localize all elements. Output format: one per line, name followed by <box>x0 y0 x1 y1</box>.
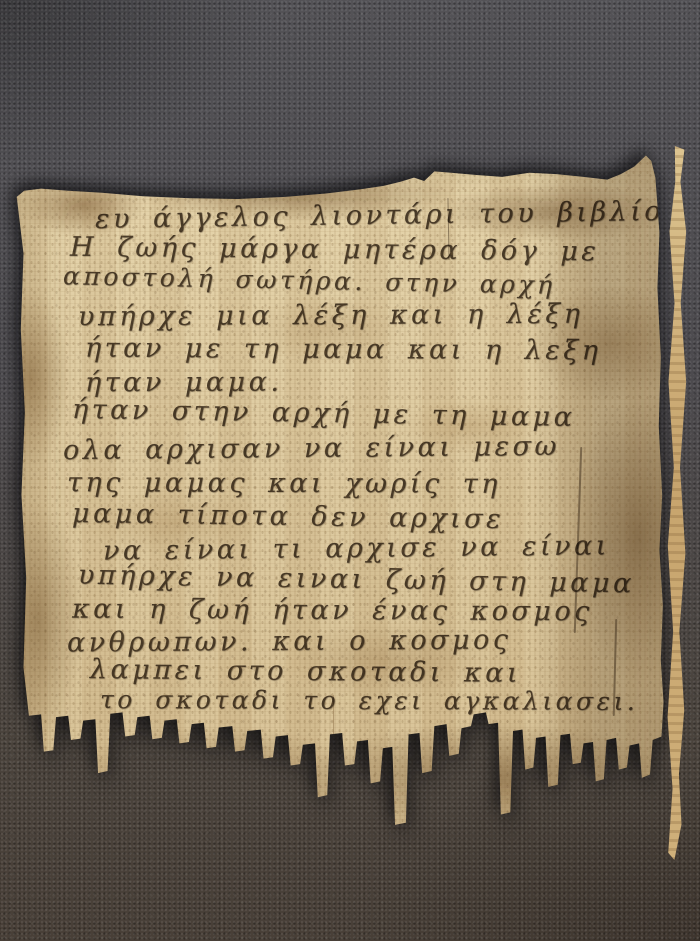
text-line: ήταν με τη μαμα και η λεξη <box>85 335 601 365</box>
text-line: ανθρωπων. και ο κοσμος <box>67 626 512 656</box>
text-line: μαμα τίποτα δεν αρχισε <box>72 500 504 533</box>
text-line: το σκοταδι το εχει αγκαλιασει. <box>100 687 638 714</box>
text-line: της μαμας και χωρίς τη <box>67 469 501 498</box>
text-line: ήταν στην αρχή με τη μαμα <box>72 396 576 431</box>
papyrus-sheet: ευ άγγελος λιοντάρι του βιβλίο Η ζωής μά… <box>14 150 692 840</box>
text-line: και η ζωή ήταν ένας κοσμος <box>72 596 593 626</box>
text-line: ευ άγγελος λιοντάρι του βιβλίο <box>95 198 664 233</box>
text-line: υπήρχε να ειναι ζωή στη μαμα <box>78 562 635 598</box>
text-line: να είναι τι αρχισε να είναι <box>103 532 610 564</box>
handwritten-text-block: ευ άγγελος λιοντάρι του βιβλίο Η ζωής μά… <box>14 150 692 840</box>
photo-background: ευ άγγελος λιοντάρι του βιβλίο Η ζωής μά… <box>0 0 700 941</box>
text-line: λαμπει στο σκοταδι και <box>90 656 521 687</box>
text-line: αποστολή σωτήρα. στην αρχή <box>63 263 556 297</box>
papyrus-sheet-wrapper: ευ άγγελος λιοντάρι του βιβλίο Η ζωής μά… <box>14 150 692 840</box>
text-line: ήταν μαμα. <box>85 369 283 397</box>
text-line: ολα αρχισαν να είναι μεσω <box>63 433 560 464</box>
text-line: Η ζωής μάργα μητέρα δόγ με <box>70 234 600 266</box>
text-line: υπήρχε μια λέξη και η λέξη <box>78 301 583 331</box>
